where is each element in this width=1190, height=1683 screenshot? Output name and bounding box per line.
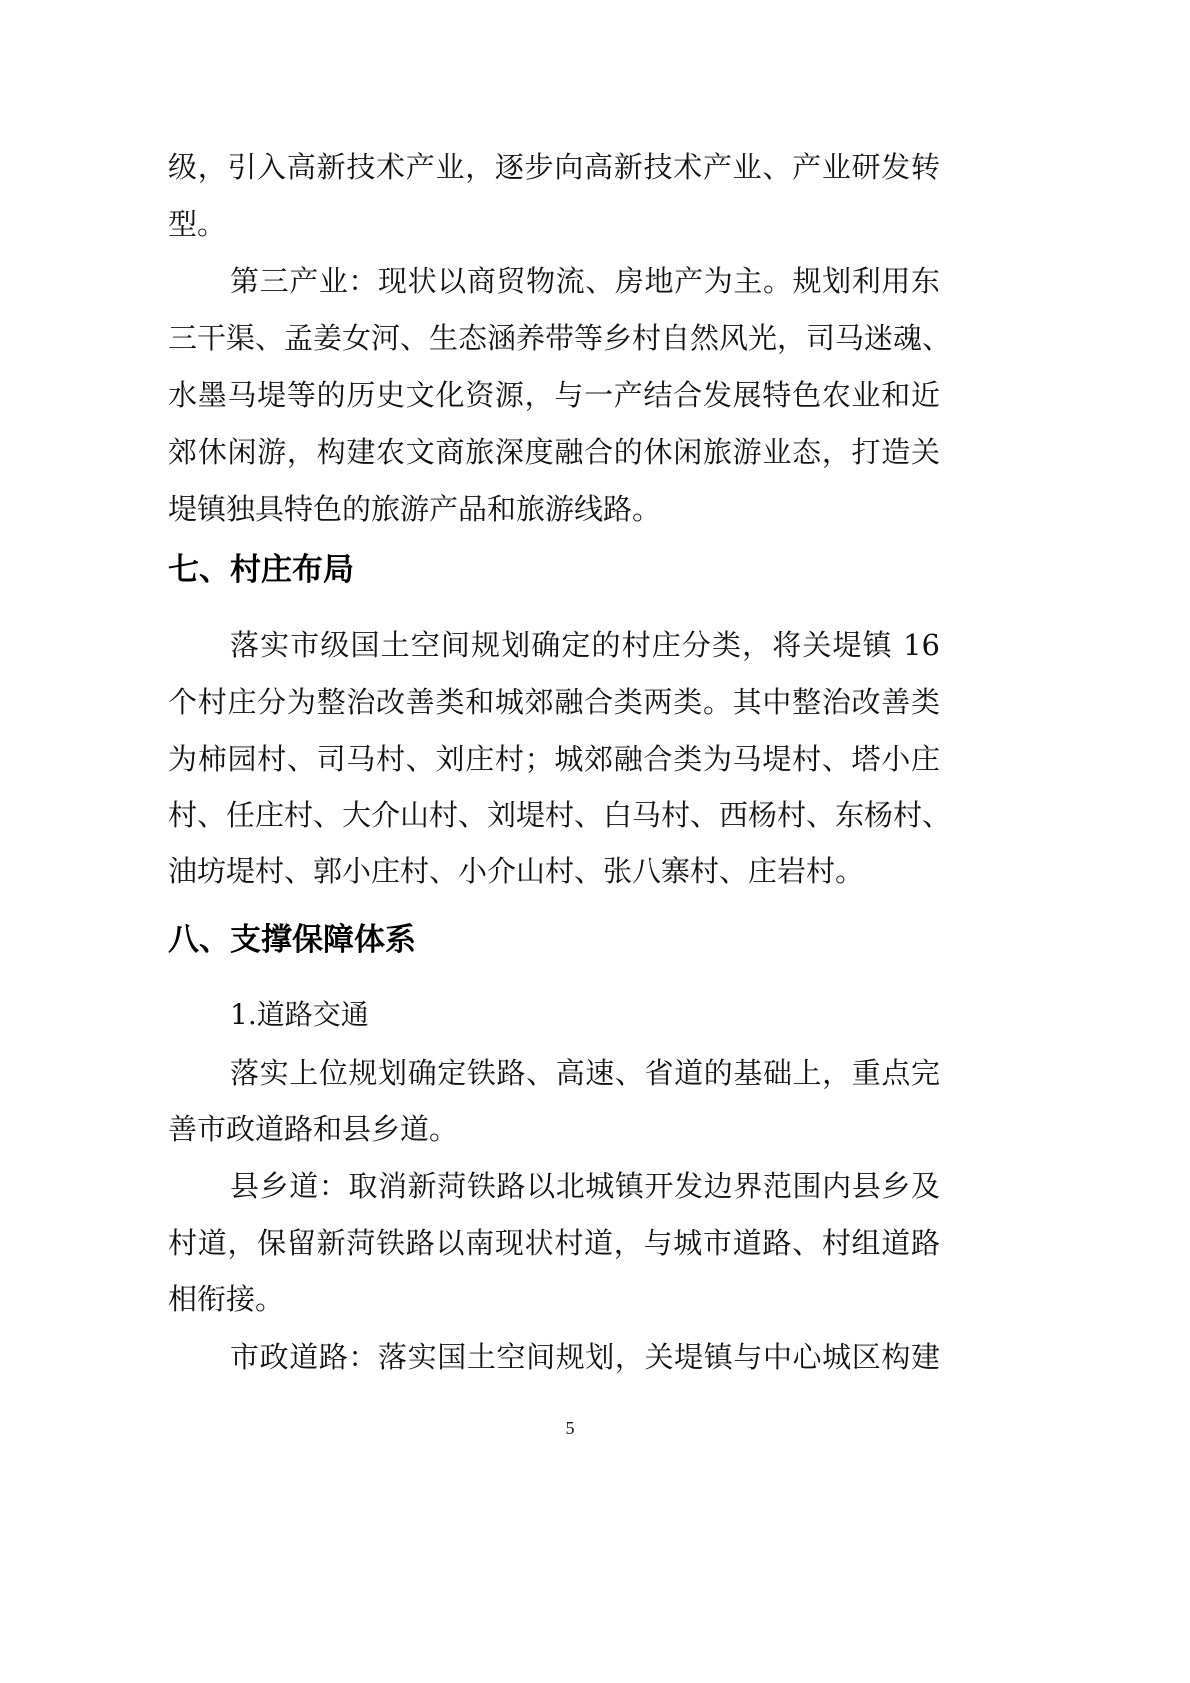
page-number: 5 [0,1418,1140,1439]
paragraph-line: 油坊堤村、郭小庄村、小介山村、张八寨村、庄岩村。 [168,849,940,893]
paragraph-line: 水墨马堤等的历史文化资源，与一产结合发展特色农业和近 [168,373,940,417]
paragraph-line: 堤镇独具特色的旅游产品和旅游线路。 [168,487,940,531]
subheading-road-traffic: 1.道路交通 [230,993,369,1037]
paragraph-line: 郊休闲游，构建农文商旅深度融合的休闲旅游业态，打造关 [168,430,940,474]
paragraph-line: 县乡道：取消新菏铁路以北城镇开发边界范围内县乡及 [230,1164,940,1208]
paragraph-line: 村道，保留新菏铁路以南现状村道，与城市道路、村组道路 [168,1221,940,1265]
paragraph-line: 落实上位规划确定铁路、高速、省道的基础上，重点完 [230,1051,940,1095]
section-heading-support-system: 八、支撑保障体系 [168,916,416,964]
paragraph-line: 市政道路：落实国土空间规划，关堤镇与中心城区构建 [230,1335,940,1379]
paragraph-line: 第三产业：现状以商贸物流、房地产为主。规划利用东 [230,259,940,303]
paragraph-line: 型。 [168,202,940,246]
paragraph-line: 善市政道路和县乡道。 [168,1107,940,1151]
paragraph-line: 个村庄分为整治改善类和城郊融合类两类。其中整治改善类 [168,680,940,724]
paragraph-line: 村、任庄村、大介山村、刘堤村、白马村、西杨村、东杨村、 [168,793,940,837]
paragraph-line: 相衔接。 [168,1277,940,1321]
paragraph-line: 级，引入高新技术产业，逐步向高新技术产业、产业研发转 [168,145,940,189]
section-heading-village-layout: 七、村庄布局 [168,546,354,594]
paragraph-line: 为柿园村、司马村、刘庄村；城郊融合类为马堤村、塔小庄 [168,737,940,781]
document-page: 级，引入高新技术产业，逐步向高新技术产业、产业研发转 型。 第三产业：现状以商贸… [0,0,1190,1683]
paragraph-line: 落实市级国土空间规划确定的村庄分类，将关堤镇 16 [230,623,940,667]
paragraph-line: 三干渠、孟姜女河、生态涵养带等乡村自然风光，司马迷魂、 [168,316,940,360]
